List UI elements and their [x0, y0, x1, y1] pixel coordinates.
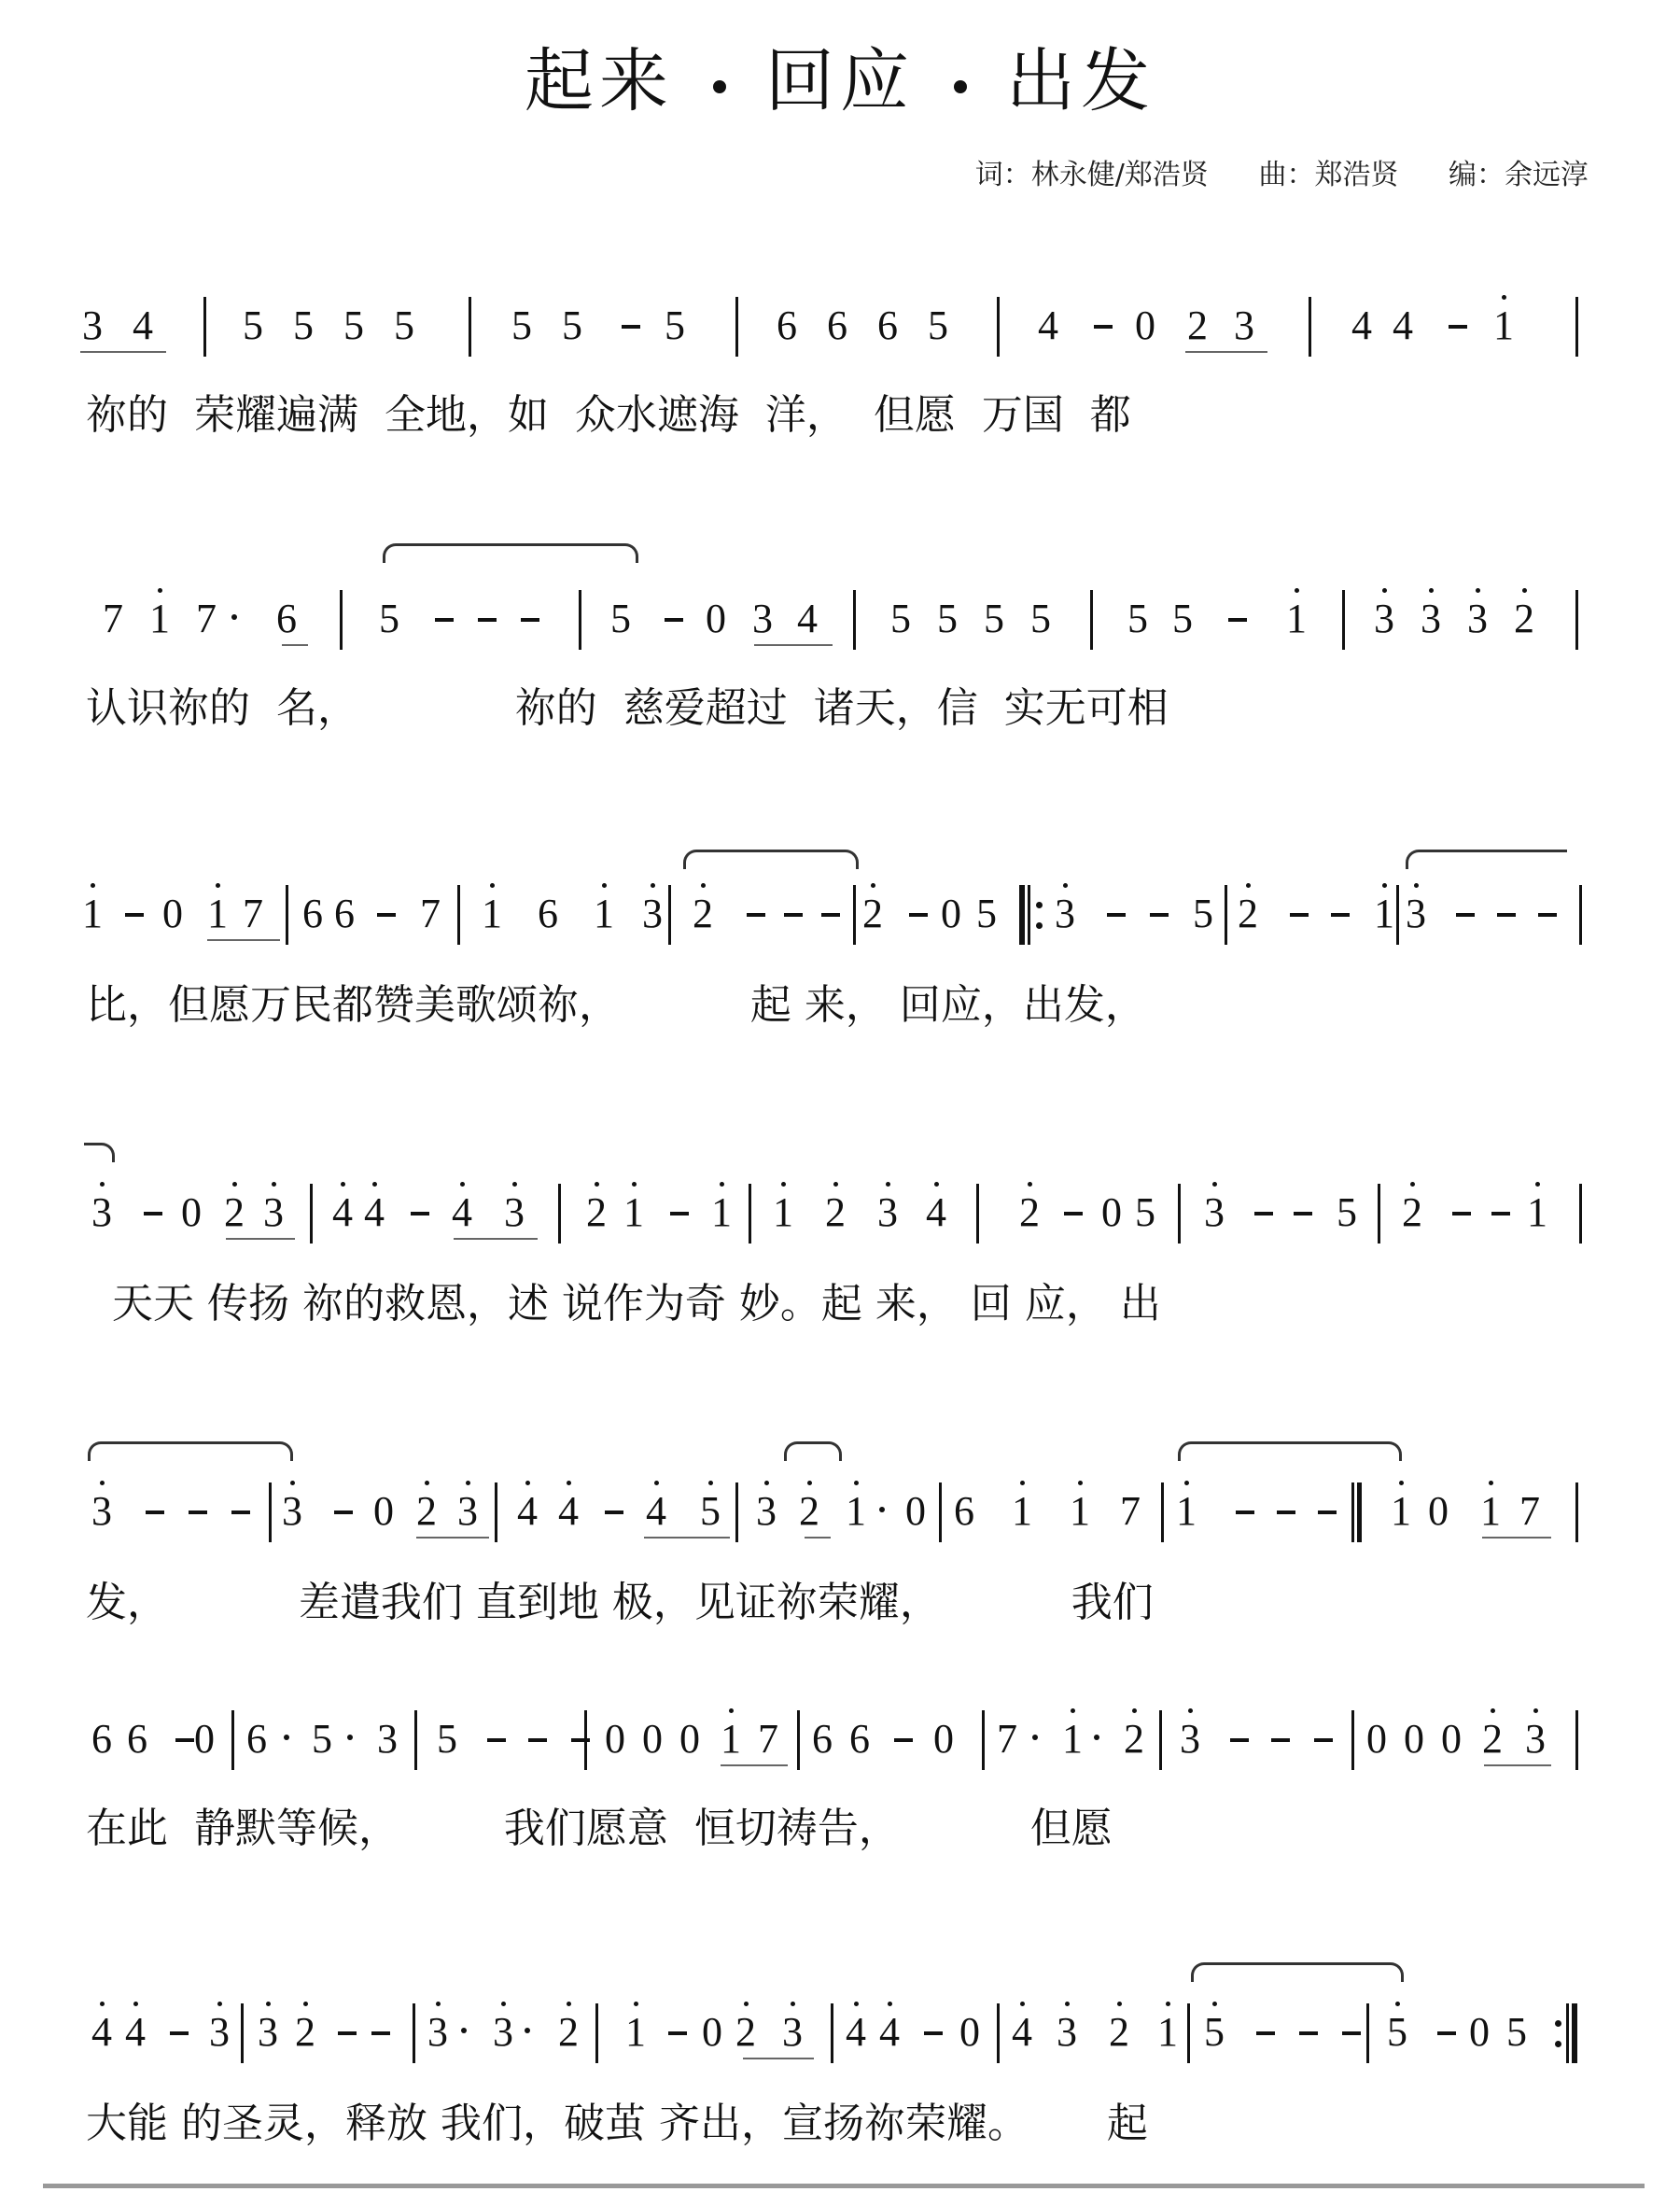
barline — [735, 1482, 738, 1542]
sustain-dash — [1254, 1212, 1273, 1215]
note: 0 — [159, 891, 187, 937]
note: 4 — [329, 1189, 357, 1236]
note: 0 — [190, 1716, 218, 1763]
sustain-dash — [571, 1738, 590, 1742]
barline — [939, 1482, 942, 1542]
sustain-dash — [170, 2031, 189, 2035]
page-bottom-rule — [43, 2184, 1645, 2188]
note: 1 — [842, 1488, 870, 1535]
sustain-dash — [521, 618, 539, 622]
dotted-note-dot — [284, 1735, 289, 1740]
note: 6 — [773, 302, 801, 349]
octave-dot-above — [425, 1481, 429, 1485]
octave-dot-above — [1382, 588, 1387, 593]
note: 4 — [360, 1189, 388, 1236]
octave-dot-above — [567, 2002, 571, 2006]
note: 6 — [874, 302, 902, 349]
note: 4 — [793, 596, 821, 642]
note: 7 — [1516, 1488, 1544, 1535]
note: 5 — [1124, 596, 1152, 642]
eighth-underline — [207, 939, 280, 941]
end-repeat-barline — [1559, 2003, 1570, 2063]
note: 0 — [676, 1716, 704, 1763]
octave-dot-above — [1212, 1182, 1217, 1187]
note: 3 — [749, 596, 777, 642]
sustain-dash — [665, 618, 683, 622]
barline — [797, 1710, 800, 1770]
sustain-dash — [1294, 1212, 1312, 1215]
sustain-dash — [1277, 1511, 1295, 1514]
octave-dot-above — [1132, 1708, 1137, 1713]
note: 1 — [1370, 891, 1398, 937]
note: 1 — [707, 1189, 735, 1236]
note: 5 — [887, 596, 915, 642]
note: 5 — [661, 302, 689, 349]
note: 3 — [88, 1189, 116, 1236]
tie-slur — [88, 1441, 293, 1461]
note: 5 — [508, 302, 536, 349]
barline — [1575, 297, 1578, 357]
barline — [203, 297, 206, 357]
lyrics-line: 在此 静默等候， 我们愿意 恒切祷告， 但愿 — [86, 1794, 1598, 1854]
octave-dot-above — [1184, 1481, 1189, 1485]
octave-dot-above — [525, 1481, 530, 1485]
barline — [595, 2003, 598, 2063]
sustain-dash — [1290, 913, 1309, 917]
eighth-underline — [1484, 1764, 1551, 1766]
octave-dot-above — [216, 883, 220, 888]
octave-dot-above — [100, 1481, 105, 1485]
sustain-dash — [189, 1511, 207, 1514]
tie-slur — [1406, 850, 1567, 869]
sustain-dash — [1107, 913, 1126, 917]
barline — [1342, 590, 1345, 650]
barline — [413, 2003, 415, 2063]
note: 4 — [875, 2009, 903, 2056]
barline — [735, 297, 738, 357]
score-row: 71765503455555513332认识祢的 名， 祢的 慈爱超过 诸天，信… — [86, 590, 1598, 730]
note: 1 — [78, 891, 106, 937]
note: 2 — [859, 891, 887, 937]
octave-dot-above — [833, 1182, 838, 1187]
eighth-underline — [743, 2058, 814, 2059]
note: 6 — [88, 1716, 116, 1763]
octave-dot-above — [764, 1481, 769, 1485]
sustain-dash — [747, 913, 765, 917]
note: 3 — [1230, 302, 1258, 349]
barline — [1575, 590, 1578, 650]
score-row: 3023444321112342053521 天天 传扬 祢的救恩，述 说作为奇… — [86, 1184, 1598, 1324]
sustain-dash — [371, 2031, 390, 2035]
note: 3 — [373, 1716, 401, 1763]
octave-dot-above — [729, 1708, 734, 1713]
sustain-dash — [1342, 2031, 1361, 2035]
barline — [1090, 590, 1093, 650]
sustain-dash — [1456, 913, 1475, 917]
eighth-underline — [416, 1537, 489, 1539]
note: 6 — [534, 891, 562, 937]
octave-dot-above — [232, 1182, 237, 1187]
octave-dot-above — [460, 1182, 465, 1187]
note: 4 — [1008, 2009, 1036, 2056]
octave-dot-above — [871, 883, 875, 888]
note: 5 — [1169, 596, 1197, 642]
sustain-dash — [622, 325, 640, 329]
barline — [1161, 1482, 1164, 1542]
note: 2 — [1510, 596, 1538, 642]
note: 2 — [1015, 1189, 1043, 1236]
note: 7 — [1116, 1488, 1144, 1535]
note: 6 — [823, 302, 851, 349]
note: 3 — [874, 1189, 902, 1236]
sustain-dash — [1236, 1511, 1254, 1514]
note: 4 — [554, 1488, 582, 1535]
barline — [584, 1710, 587, 1770]
sustain-dash — [1299, 2031, 1318, 2035]
sustain-dash — [125, 913, 144, 917]
barline — [414, 1710, 417, 1770]
sustain-dash — [670, 1212, 689, 1215]
note: 1 — [146, 596, 174, 642]
sustain-dash — [1064, 1212, 1083, 1215]
octave-dot-above — [886, 1182, 890, 1187]
note: 6 — [950, 1488, 978, 1535]
note: 3 — [1417, 596, 1445, 642]
note: 2 — [413, 1488, 441, 1535]
note: 5 — [375, 596, 403, 642]
note: 5 — [340, 302, 368, 349]
score-row: 10176671613220535213比，但愿万民都赞美歌颂祢， 起 来， 回… — [86, 885, 1598, 1025]
sustain-dash — [821, 913, 840, 917]
tie-slur — [84, 1143, 115, 1162]
eighth-underline — [754, 644, 833, 646]
sustain-dash — [1449, 325, 1467, 329]
eighth-underline — [454, 1238, 538, 1240]
barline — [1378, 1184, 1380, 1244]
octave-dot-above — [1382, 883, 1387, 888]
note: 3 — [1370, 596, 1398, 642]
note: 3 — [1051, 891, 1079, 937]
sustain-dash — [1331, 913, 1350, 917]
note: 3 — [500, 1189, 528, 1236]
octave-dot-above — [720, 1182, 724, 1187]
eighth-underline — [805, 1537, 831, 1539]
title-part-3: 出发 — [1006, 41, 1155, 121]
sustain-dash — [1452, 1212, 1471, 1215]
note: 5 — [289, 302, 317, 349]
tie-slur — [383, 543, 638, 563]
tie-slur — [1178, 1441, 1402, 1461]
note: 5 — [1189, 891, 1217, 937]
octave-dot-above — [791, 2002, 795, 2006]
note: 3 — [254, 2009, 282, 2056]
note: 3 — [278, 1488, 306, 1535]
barline — [558, 1184, 561, 1244]
barline — [1575, 1710, 1578, 1770]
sustain-dash — [924, 2031, 943, 2035]
octave-dot-above — [1246, 883, 1251, 888]
octave-dot-above — [1399, 1481, 1404, 1485]
eighth-underline — [1185, 351, 1267, 353]
note: 6 — [123, 1716, 151, 1763]
sustain-dash — [1271, 1738, 1290, 1742]
score-row: 3302344453210611711017发， 差遣我们 直到地 极，见证祢荣… — [86, 1482, 1598, 1623]
octave-dot-above — [1212, 2002, 1217, 2006]
note: 0 — [1437, 1716, 1465, 1763]
note: 1 — [717, 1716, 745, 1763]
eighth-underline — [282, 644, 308, 646]
octave-dot-above — [1395, 2002, 1400, 2006]
note: 4 — [842, 2009, 870, 2056]
barline — [1366, 2003, 1369, 2063]
octave-dot-above — [217, 2002, 222, 2006]
note: 7 — [754, 1716, 782, 1763]
note: 0 — [698, 2009, 726, 2056]
octave-dot-above — [1188, 1708, 1193, 1713]
notation-line: 44332332102344043215505 — [86, 2003, 1598, 2078]
note: 5 — [973, 891, 1001, 937]
song-title: 起来回应出发 — [0, 26, 1680, 125]
dotted-note-dot — [1032, 1735, 1038, 1740]
octave-dot-above — [91, 883, 95, 888]
octave-dot-above — [1414, 883, 1419, 888]
eighth-underline — [80, 351, 166, 353]
octave-dot-above — [602, 883, 607, 888]
note: 2 — [795, 1488, 823, 1535]
octave-dot-above — [651, 883, 655, 888]
notation-line: 3023444321112342053521 — [86, 1184, 1598, 1258]
octave-dot-above — [501, 2002, 506, 2006]
notation-line: 34555555566654023441 — [86, 297, 1598, 372]
note: 5 — [980, 596, 1008, 642]
octave-dot-above — [1489, 1481, 1493, 1485]
note: 3 — [454, 1488, 482, 1535]
notation-line: 3302344453210611711017 — [86, 1482, 1598, 1557]
note: 5 — [1027, 596, 1055, 642]
sustain-dash — [334, 1511, 353, 1514]
title-part-2: 回应 — [765, 41, 915, 121]
octave-dot-above — [372, 1182, 377, 1187]
eighth-underline — [1482, 1537, 1551, 1539]
barline — [1309, 297, 1311, 357]
octave-dot-above — [466, 1481, 470, 1485]
barline — [668, 885, 671, 945]
dotted-note-dot — [461, 2028, 467, 2033]
sustain-dash — [1094, 325, 1113, 329]
note: 4 — [129, 302, 157, 349]
barline — [831, 2003, 833, 2063]
octave-dot-above — [1533, 1708, 1538, 1713]
tie-slur — [1191, 1962, 1404, 1982]
octave-dot-above — [266, 2002, 271, 2006]
double-barline — [1351, 1482, 1363, 1542]
dotted-note-dot — [347, 1735, 353, 1740]
sustain-dash — [478, 618, 497, 622]
octave-dot-above — [1078, 1481, 1083, 1485]
note: 5 — [933, 596, 961, 642]
octave-dot-above — [1117, 2002, 1122, 2006]
sustain-dash — [605, 1511, 623, 1514]
note: 2 — [689, 891, 717, 937]
note: 3 — [489, 2009, 517, 2056]
barline — [853, 590, 856, 650]
octave-dot-above — [934, 1182, 939, 1187]
note: 5 — [607, 596, 635, 642]
note: 3 — [78, 302, 106, 349]
note: 3 — [205, 2009, 233, 2056]
note: 0 — [1424, 1488, 1452, 1535]
barline — [1351, 1710, 1354, 1770]
note: 5 — [696, 1488, 724, 1535]
octave-dot-above — [512, 1182, 517, 1187]
octave-dot-above — [701, 883, 706, 888]
octave-dot-above — [781, 1182, 786, 1187]
note: 1 — [1282, 596, 1310, 642]
tie-slur — [683, 850, 859, 869]
repeat-dot — [1036, 922, 1043, 929]
note: 7 — [239, 891, 267, 937]
tie-slur — [784, 1441, 842, 1461]
octave-dot-above — [100, 2002, 105, 2006]
octave-dot-above — [595, 1182, 599, 1187]
sustain-dash — [1228, 618, 1247, 622]
octave-dot-above — [1065, 2002, 1070, 2006]
note: 4 — [448, 1189, 476, 1236]
sustain-dash — [1150, 913, 1169, 917]
note: 5 — [1503, 2009, 1531, 2056]
dotted-note-dot — [525, 2028, 530, 2033]
sustain-dash — [784, 913, 803, 917]
sustain-dash — [1230, 1738, 1249, 1742]
sustain-dash — [231, 1511, 250, 1514]
note: 1 — [1477, 1488, 1505, 1535]
note: 3 — [638, 891, 666, 937]
dotted-note-dot — [1094, 1735, 1099, 1740]
lyrics-line: 祢的 荣耀遍满 全地，如 众水遮海 洋， 但愿 万国 都 — [86, 381, 1598, 441]
note: 7 — [99, 596, 127, 642]
note: 2 — [1183, 302, 1211, 349]
octave-dot-above — [436, 2002, 441, 2006]
note: 3 — [1200, 1189, 1228, 1236]
octave-dot-above — [634, 2002, 638, 2006]
sustain-dash — [1538, 913, 1557, 917]
note: 5 — [308, 1716, 336, 1763]
octave-dot-above — [807, 1481, 812, 1485]
octave-dot-above — [632, 1182, 637, 1187]
sustain-dash — [894, 1738, 913, 1742]
octave-dot-above — [133, 2002, 138, 2006]
barline — [469, 297, 471, 357]
note: 3 — [1521, 1716, 1549, 1763]
note: 4 — [922, 1189, 950, 1236]
octave-dot-above — [1476, 588, 1480, 593]
lyrics-line: 比，但愿万民都赞美歌颂祢， 起 来， 回应，出发， — [86, 971, 1598, 1031]
barline — [457, 885, 460, 945]
barline — [997, 2003, 1000, 2063]
note: 1 — [1066, 1488, 1094, 1535]
note: 3 — [424, 2009, 452, 2056]
note: 2 — [1478, 1716, 1506, 1763]
note: 1 — [478, 891, 506, 937]
note: 5 — [1200, 2009, 1228, 2056]
note: 1 — [1523, 1189, 1551, 1236]
note: 5 — [558, 302, 586, 349]
eighth-underline — [644, 1537, 730, 1539]
note: 5 — [924, 302, 952, 349]
note: 5 — [1333, 1189, 1361, 1236]
barline — [1187, 2003, 1190, 2063]
octave-dot-above — [1502, 295, 1506, 300]
notation-line: 660653500017660712300023 — [86, 1710, 1598, 1785]
note: 6 — [243, 1716, 271, 1763]
note: 3 — [1053, 2009, 1081, 2056]
note: 5 — [239, 302, 267, 349]
octave-dot-above — [1410, 1182, 1415, 1187]
sustain-dash — [144, 1212, 162, 1215]
note: 3 — [752, 1488, 780, 1535]
note: 1 — [622, 2009, 650, 2056]
note: 3 — [1402, 891, 1430, 937]
sustain-dash — [909, 913, 928, 917]
note: 0 — [1363, 1716, 1391, 1763]
octave-dot-above — [341, 1182, 345, 1187]
sustain-dash — [1318, 1511, 1337, 1514]
note: 2 — [1234, 891, 1262, 937]
note: 0 — [902, 1488, 930, 1535]
barline — [1159, 1710, 1162, 1770]
title-separator-dot — [954, 80, 967, 93]
note: 2 — [1398, 1189, 1426, 1236]
note: 0 — [702, 596, 730, 642]
note: 4 — [88, 2009, 116, 2056]
note: 3 — [1176, 1716, 1204, 1763]
octave-dot-above — [1028, 1182, 1032, 1187]
octave-dot-above — [290, 1481, 295, 1485]
octave-dot-above — [854, 1481, 859, 1485]
note: 0 — [1465, 2009, 1493, 2056]
lyrics-line: 发， 差遣我们 直到地 极，见证祢荣耀， 我们 — [86, 1568, 1598, 1628]
note: 0 — [638, 1716, 666, 1763]
octave-dot-above — [708, 1481, 713, 1485]
octave-dot-above — [100, 1182, 105, 1187]
octave-dot-above — [1020, 1481, 1025, 1485]
barline — [976, 1184, 979, 1244]
note: 1 — [1154, 2009, 1182, 2056]
note: 3 — [1463, 596, 1491, 642]
note: 2 — [554, 2009, 582, 2056]
octave-dot-above — [854, 2002, 859, 2006]
octave-dot-above — [1535, 1182, 1540, 1187]
note: 4 — [121, 2009, 149, 2056]
eighth-underline — [226, 1238, 295, 1240]
note: 0 — [930, 1716, 958, 1763]
note: 2 — [291, 2009, 319, 2056]
note: 4 — [642, 1488, 670, 1535]
notation-line: 10176671613220535213 — [86, 885, 1598, 960]
note: 1 — [1058, 1716, 1086, 1763]
note: 7 — [192, 596, 220, 642]
note: 2 — [1120, 1716, 1148, 1763]
note: 6 — [273, 596, 301, 642]
score-row: 660653500017660712300023在此 静默等候， 我们愿意 恒切… — [86, 1710, 1598, 1850]
note: 0 — [177, 1189, 205, 1236]
octave-dot-above — [303, 2002, 308, 2006]
octave-dot-above — [567, 1481, 571, 1485]
note: 2 — [732, 2009, 760, 2056]
barline — [231, 1710, 234, 1770]
sustain-dash — [338, 2031, 357, 2035]
barline — [579, 590, 581, 650]
